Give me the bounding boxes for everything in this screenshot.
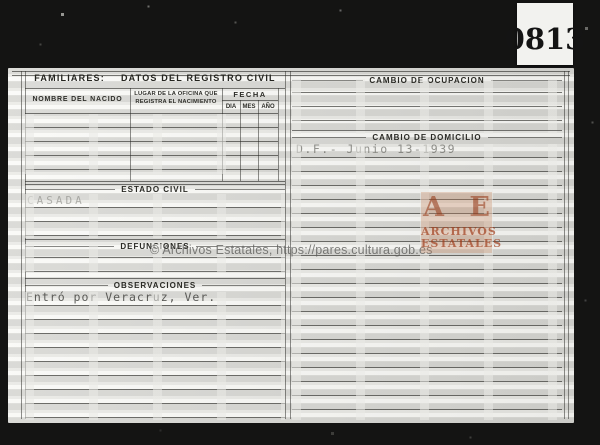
- archive-watermark-text: © Archivos Estatales, https://pares.cult…: [150, 243, 433, 257]
- rule-line: [292, 130, 562, 131]
- ruled-lines: [25, 292, 285, 420]
- card-border-line: [568, 71, 569, 419]
- ruled-lines: [292, 79, 562, 134]
- registro-civil-title: DATOS DEL REGISTRO CIVIL: [121, 73, 276, 83]
- rule-line: [222, 100, 278, 101]
- ruled-lines: [292, 144, 562, 420]
- cambio-domicilio-label: CAMBIO DE DOMICILIO: [372, 133, 481, 142]
- fecha-header: FECHA: [222, 90, 278, 99]
- estado-civil-label: ESTADO CIVIL: [121, 185, 188, 194]
- scanned-registry-card: FAMILIARES:DATOS DEL REGISTRO CIVIL NOMB…: [0, 0, 600, 445]
- table-column-line: [278, 88, 279, 181]
- fecha-col-mes: MES: [240, 104, 258, 110]
- table-row-lines: [25, 114, 278, 174]
- observaciones-section-header: OBSERVACIONES: [25, 281, 285, 289]
- fecha-col-dia: DIA: [222, 104, 240, 110]
- rule-line: [25, 239, 285, 240]
- registro-civil-header-row: FAMILIARES:DATOS DEL REGISTRO CIVIL: [25, 73, 285, 83]
- card-border-line: [21, 71, 22, 419]
- estado-civil-section-header: ESTADO CIVIL: [25, 185, 285, 193]
- rule-line: [25, 278, 285, 279]
- archive-number-stamp: 0813: [517, 3, 573, 65]
- fecha-col-ano: AÑO: [258, 104, 278, 110]
- rule-line: [25, 88, 285, 89]
- cambio-domicilio-section-header: CAMBIO DE DOMICILIO: [292, 133, 562, 141]
- dust-specks: [0, 0, 1, 1]
- logo-ae-letters: A E: [421, 192, 492, 224]
- card-border-line: [564, 71, 565, 419]
- rule-line: [25, 181, 285, 182]
- familiares-label: FAMILIARES:: [34, 73, 105, 83]
- archivos-estatales-logo: A E ARCHIVOS ESTATALES: [421, 192, 492, 253]
- ruled-lines: [25, 194, 285, 238]
- column-nombre-del-nacido: NOMBRE DEL NACIDO: [25, 96, 130, 103]
- observaciones-label: OBSERVACIONES: [114, 281, 197, 290]
- rule-line: [12, 71, 570, 72]
- logo-estatales-text: ESTATALES: [421, 237, 492, 250]
- column-lugar-oficina-line2: REGISTRA EL NACIMIENTO: [132, 99, 220, 105]
- column-lugar-oficina-line1: LUGAR DE LA OFICINA QUE: [132, 91, 220, 97]
